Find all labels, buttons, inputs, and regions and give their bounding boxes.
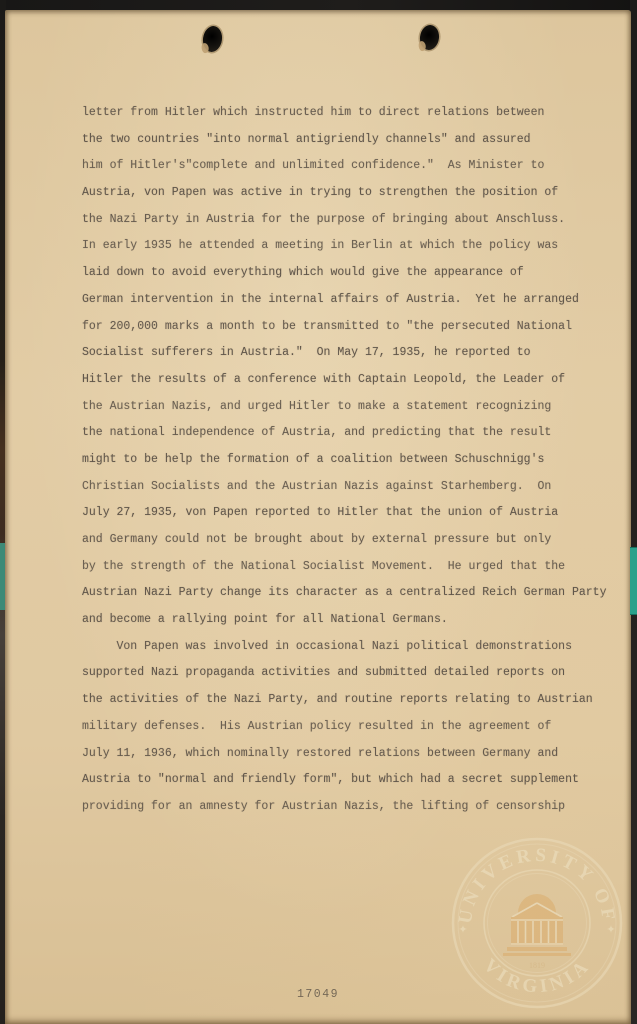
text-line: the national independence of Austria, an…: [82, 420, 622, 447]
scanned-document-screenshot: letter from Hitler which instructed him …: [0, 0, 637, 1024]
text-line: Austria, von Papen was active in trying …: [82, 180, 622, 207]
text-line: Christian Socialists and the Austrian Na…: [82, 474, 622, 501]
document-body-text: letter from Hitler which instructed him …: [82, 100, 622, 821]
text-line: Hitler the results of a conference with …: [82, 367, 622, 394]
text-line: military defenses. His Austrian policy r…: [82, 714, 622, 741]
text-line: the Austrian Nazis, and urged Hitler to …: [82, 394, 622, 421]
rotunda-building-icon: 1819: [503, 894, 571, 970]
text-line: In early 1935 he attended a meeting in B…: [82, 233, 622, 260]
text-line: Von Papen was involved in occasional Naz…: [82, 634, 622, 661]
text-line: the activities of the Nazi Party, and ro…: [82, 687, 622, 714]
text-line: Austria to "normal and friendly form", b…: [82, 767, 622, 794]
teal-backing-strip-right: [630, 548, 637, 614]
text-line: and Germany could not be brought about b…: [82, 527, 622, 554]
university-of-virginia-seal-watermark: UNIVERSITY OF VIRGINIA ✦ ✦: [437, 823, 631, 1023]
punch-hole-left: [201, 25, 223, 53]
text-line: might to be help the formation of a coal…: [82, 447, 622, 474]
text-line: providing for an amnesty for Austrian Na…: [82, 794, 622, 821]
text-line: and become a rallying point for all Nati…: [82, 607, 622, 634]
text-line: July 11, 1936, which nominally restored …: [82, 741, 622, 768]
seal-star-separator-icon: ✦: [458, 924, 467, 936]
document-paper: letter from Hitler which instructed him …: [5, 10, 631, 1024]
text-line: German intervention in the internal affa…: [82, 287, 622, 314]
punch-hole-right: [418, 24, 440, 51]
text-line: July 27, 1935, von Papen reported to Hit…: [82, 500, 622, 527]
teal-backing-strip-left: [0, 543, 5, 610]
text-line: laid down to avoid everything which woul…: [82, 260, 622, 287]
text-line: the Nazi Party in Austria for the purpos…: [82, 207, 622, 234]
seal-star-separator-icon: ✦: [606, 924, 615, 936]
text-line: letter from Hitler which instructed him …: [82, 100, 622, 127]
text-line: by the strength of the National Socialis…: [82, 554, 622, 581]
text-line: supported Nazi propaganda activities and…: [82, 660, 622, 687]
text-line: Socialist sufferers in Austria." On May …: [82, 340, 622, 367]
text-line: Austrian Nazi Party change its character…: [82, 580, 622, 607]
text-line: the two countries "into normal antigrien…: [82, 127, 622, 154]
text-line: for 200,000 marks a month to be transmit…: [82, 314, 622, 341]
scan-edge-right: [630, 0, 637, 1024]
seal-year: 1819: [529, 961, 545, 970]
text-line: him of Hitler's"complete and unlimited c…: [82, 153, 622, 180]
